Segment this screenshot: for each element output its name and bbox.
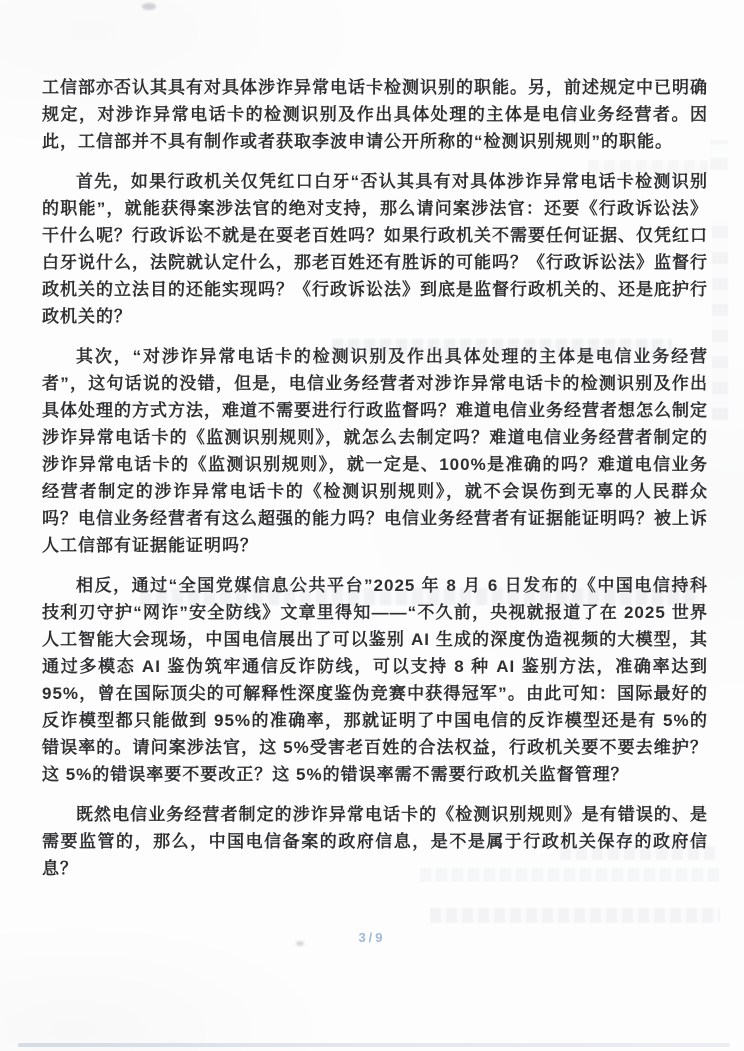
- scan-speck: [142, 3, 156, 10]
- document-page: 工信部亦否认其具有对具体涉诈异常电话卡检测识别的职能。另，前述规定中已明确规定，…: [0, 0, 744, 1051]
- paragraph-second-point: 其次，“对涉诈异常电话卡的检测识别及作出具体处理的主体是电信业务经营者”，这句话…: [42, 343, 708, 559]
- paragraph-counter-evidence: 相反，通过“全国党媒信息公共平台”2025 年 8 月 6 日发布的《中国电信持…: [42, 572, 708, 788]
- bleedthrough-ghost: [712, 220, 728, 420]
- bleedthrough-ghost: [430, 908, 720, 923]
- paragraph-first-point: 首先，如果行政机关仅凭红口白牙“否认其具有对具体涉诈异常电话卡检测识别的职能”，…: [42, 168, 708, 330]
- document-body: 工信部亦否认其具有对具体涉诈异常电话卡检测识别的职能。另，前述规定中已明确规定，…: [42, 74, 708, 895]
- scan-edge-line: [18, 1043, 730, 1047]
- page-number: 3/9: [0, 930, 744, 945]
- paragraph-continuation: 工信部亦否认其具有对具体涉诈异常电话卡检测识别的职能。另，前述规定中已明确规定，…: [42, 74, 708, 155]
- paragraph-conclusion: 既然电信业务经营者制定的涉诈异常电话卡的《检测识别规则》是有错误的、是需要监管的…: [42, 801, 708, 882]
- bleedthrough-ghost: [710, 140, 728, 170]
